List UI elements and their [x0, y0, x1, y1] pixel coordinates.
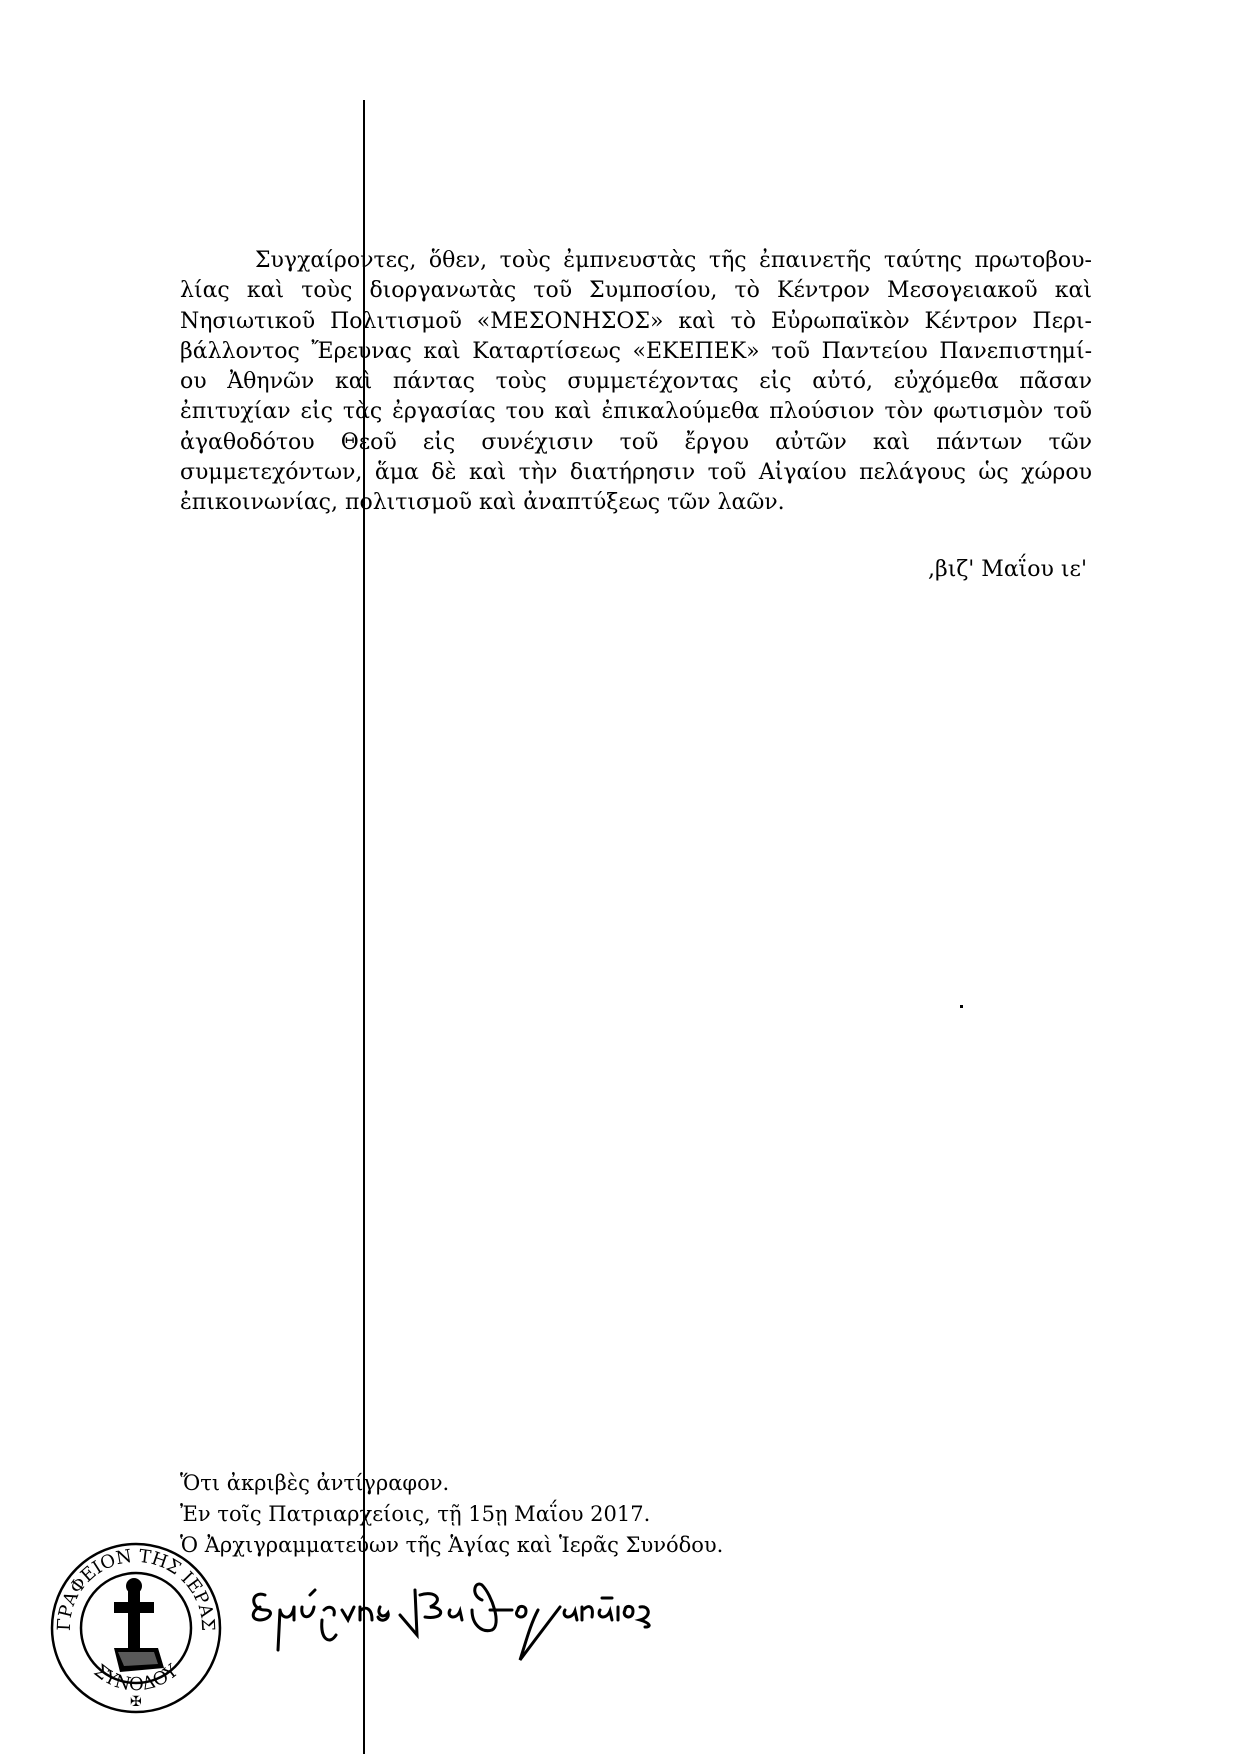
paragraph-line: Νησιωτικοῦ Πολιτισμοῦ «ΜΕΣΟΝΗΣΟΣ» καὶ τὸ…	[180, 307, 1092, 337]
paragraph-line: βάλλοντος Ἔρευνας καὶ Καταρτίσεως «ΕΚΕΠΕ…	[180, 337, 1092, 367]
paragraph-line: συμμετεχόντων, ἅμα δὲ καὶ τὴν διατήρησιν…	[180, 458, 1092, 488]
document-date: ,βιζ' Μαΐου ιε'	[928, 557, 1087, 582]
handwritten-signature	[220, 1565, 670, 1679]
paragraph-line: Συγχαίροντες, ὅθεν, τοὺς ἐμπνευστὰς τῆς …	[180, 246, 1092, 276]
certification-line: Ἐν τοῖς Πατριαρχείοις, τῇ 15ῃ Μαΐου 2017…	[180, 1499, 723, 1530]
scan-speck	[960, 1005, 963, 1008]
scan-artifact-line	[363, 1090, 365, 1094]
synod-seal-icon: ΓΡΑΦΕΙΟΝ ΤΗΣ ΙΕΡΑΣ ΣΥΝΟΔΟΥ ✠	[48, 1540, 223, 1719]
certification-line: Ὅτι ἀκριβὲς ἀντίγραφον.	[180, 1468, 723, 1499]
paragraph-line: ἐπιτυχίαν εἰς τὰς ἐργασίας του καὶ ἐπικα…	[180, 397, 1092, 427]
certification-line: Ὁ Ἀρχιγραμματεύων τῆς Ἁγίας καὶ Ἱερᾶς Συ…	[180, 1530, 723, 1561]
paragraph-line: ἀγαθοδότου Θεοῦ εἰς συνέχισιν τοῦ ἔργου …	[180, 428, 1092, 458]
paragraph-line: λίας καὶ τοὺς διοργανωτὰς τοῦ Συμποσίου,…	[180, 276, 1092, 306]
certification-block: Ὅτι ἀκριβὲς ἀντίγραφον. Ἐν τοῖς Πατριαρχ…	[180, 1468, 723, 1561]
paragraph-line: ου Ἀθηνῶν καὶ πάντας τοὺς συμμετέχοντας …	[180, 367, 1092, 397]
paragraph-line: ἐπικοινωνίας, πολιτισμοῦ καὶ ἀναπτύξεως …	[180, 488, 1092, 518]
svg-text:✠: ✠	[130, 1694, 142, 1710]
body-paragraph: Συγχαίροντες, ὅθεν, τοὺς ἐμπνευστὰς τῆς …	[180, 246, 1092, 519]
